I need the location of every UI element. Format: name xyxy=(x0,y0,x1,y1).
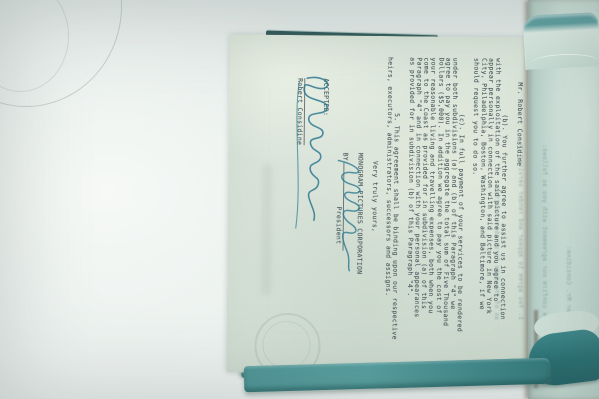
verso-ghost-line: 1. You agree to appear and render servic… xyxy=(516,70,524,320)
verso-ghost-line: as of the date first above written xyxy=(492,70,500,320)
verso-ghost-line: We confirm our agreement with you as fol… xyxy=(540,70,548,320)
considine-ink-signature xyxy=(290,70,338,235)
verso-ghost-line: Dear Mr. Considine: xyxy=(564,70,572,320)
verso-ghost-text: Dear Mr. Considine: We confirm our agree… xyxy=(534,70,588,320)
page-showthrough-smudge xyxy=(261,165,272,295)
